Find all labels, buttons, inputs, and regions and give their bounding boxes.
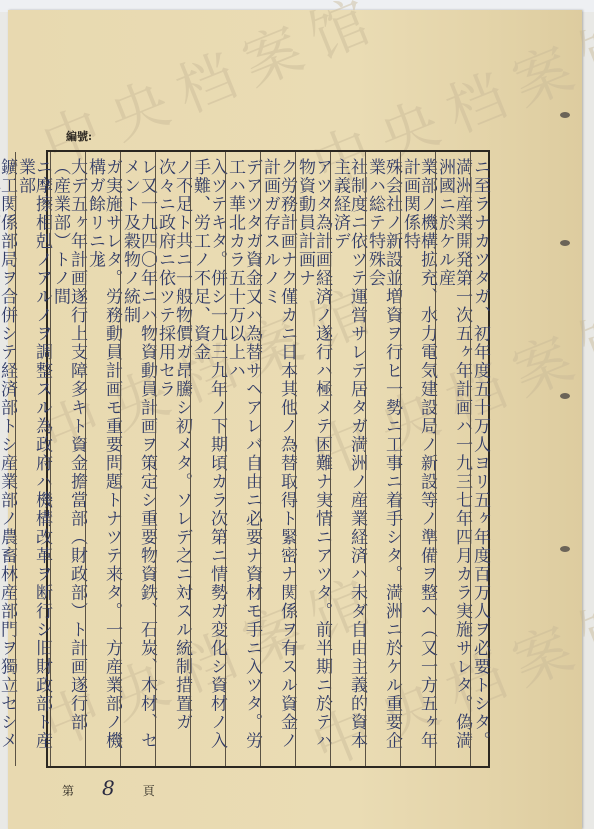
text-column: ガ実施サレタ。労務動員計画モ重要問題トナツテ来タ。一方産業部ノ機構ガ餘リニ尨 <box>85 152 120 766</box>
text-column: 社制度ニ依ツテ運営サレテ居タガ満洲ノ産業経済ハ未ダ自由主義的資本主義経済デ <box>330 152 365 766</box>
column-text: ニ至ラナカツタガ、初年度五十万人ヨリ五ヶ年度百万人ヲ必要トシタ。 <box>471 158 488 766</box>
column-text: ガ実施サレタ。労務動員計画モ重要問題トナツテ来タ。一方産業部ノ機構ガ餘リニ尨 <box>86 158 120 766</box>
text-column: ク労務計画ナク僅カニ日本其他ノ為替取得ト緊密ナ関係ヲ有スル資金ノ計画ガ存スルノミ <box>260 152 295 766</box>
text-column: ニ至ラナカツタガ、初年度五十万人ヨリ五ヶ年度百万人ヲ必要トシタ。 <box>470 152 488 766</box>
punch-hole <box>560 240 570 246</box>
column-text: 殊会社ノ新設並増資ヲ行ヒ一勢ニ工事ニ着手シタ。満洲ニ於ケル重要企業ハ総テ特殊会 <box>366 158 400 766</box>
column-text: アツタ為計画経済ノ遂行ハ極メテ困難ナ実情ニアツタ。前半期ニ於テハ物資動員計画ナ <box>296 158 330 766</box>
text-column: 大デ五ヶ年計画遂行上支障多キト資金擔當部（財政部）ト計画遂行部（産業部）トノ間 <box>50 152 85 766</box>
punch-hole <box>560 112 570 118</box>
text-column: ノ不足ト共ニ一般物價ガ昂騰シ初メタ。ソレデ之ニ対スル統制措置ガ次々ニ政府ニ依ツテ… <box>155 152 190 766</box>
column-text: 大デ五ヶ年計画遂行上支障多キト資金擔當部（財政部）ト計画遂行部（産業部）トノ間 <box>51 158 85 766</box>
punch-hole <box>560 546 570 552</box>
page-suffix: 頁 <box>143 782 155 799</box>
text-column: 業部ノ機構拡充、水力電気建設局ノ新設等ノ準備ヲ整ヘ（又一方五ヶ年計画関係特 <box>400 152 435 766</box>
text-column: アツタ為計画経済ノ遂行ハ極メテ困難ナ実情ニアツタ。前半期ニ於テハ物資動員計画ナ <box>295 152 330 766</box>
text-column: 満洲産業開発第一次五ヶ年計画ハ一九三七年四月カラ実施サレタ。偽満洲國ニ於ケル産 <box>435 152 470 766</box>
page-footer: 第 8 頁 <box>62 776 155 800</box>
page-number: 8 <box>102 776 115 800</box>
text-column: 鑛工関係部局ヲ合併シテ経済部トシ産業部ノ農畜林産部門ヲ獨立セシメテ興農部 <box>0 152 15 766</box>
column-text: デアツタガ資金又ハ為替サヘアレバ自由ニ必要ナ資材モ手ニ入ツタ。労工ハ華北カラ五十… <box>226 158 260 766</box>
punch-hole <box>560 393 570 399</box>
column-text: 業部ノ機構拡充、水力電気建設局ノ新設等ノ準備ヲ整ヘ（又一方五ヶ年計画関係特 <box>401 158 435 766</box>
text-column: デアツタガ資金又ハ為替サヘアレバ自由ニ必要ナ資材モ手ニ入ツタ。労工ハ華北カラ五十… <box>225 152 260 766</box>
text-column: 入ツテキタ。併シ一九三九年ノ下期頃カラ次第ニ情勢ガ変化シ資材ノ入手難、労工ノ不足… <box>190 152 225 766</box>
column-text: ニ摩擦相剋ノアルノヲ調整スル為政府ハ機構改革ヲ断行シ旧財政部ト産業部 <box>16 158 50 766</box>
text-column: レ又一九四〇年ニハ物資動員計画ヲ策定シ重要物資鉄、石炭、木材、セメント及穀物ノ統… <box>120 152 155 766</box>
text-column: ニ摩擦相剋ノアルノヲ調整スル為政府ハ機構改革ヲ断行シ旧財政部ト産業部 <box>15 152 50 766</box>
page-prefix: 第 <box>62 782 74 799</box>
column-text: 鑛工関係部局ヲ合併シテ経済部トシ産業部ノ農畜林産部門ヲ獨立セシメテ興農部 <box>0 158 15 766</box>
column-text: ク労務計画ナク僅カニ日本其他ノ為替取得ト緊密ナ関係ヲ有スル資金ノ計画ガ存スルノミ <box>261 158 295 766</box>
column-text: レ又一九四〇年ニハ物資動員計画ヲ策定シ重要物資鉄、石炭、木材、セメント及穀物ノ統… <box>121 158 155 766</box>
column-text: ノ不足ト共ニ一般物價ガ昂騰シ初メタ。ソレデ之ニ対スル統制措置ガ次々ニ政府ニ依ツテ… <box>156 158 190 766</box>
column-text: 満洲産業開発第一次五ヶ年計画ハ一九三七年四月カラ実施サレタ。偽満洲國ニ於ケル産 <box>436 158 470 766</box>
column-text: 社制度ニ依ツテ運営サレテ居タガ満洲ノ産業経済ハ未ダ自由主義的資本主義経済デ <box>331 158 365 766</box>
column-text: 入ツテキタ。併シ一九三九年ノ下期頃カラ次第ニ情勢ガ変化シ資材ノ入手難、労工ノ不足… <box>191 158 225 766</box>
manuscript-grid: ニ至ラナカツタガ、初年度五十万人ヨリ五ヶ年度百万人ヲ必要トシタ。満洲産業開発第一… <box>46 150 490 768</box>
serial-number-label: 編號: <box>66 128 92 144</box>
text-column: 殊会社ノ新設並増資ヲ行ヒ一勢ニ工事ニ着手シタ。満洲ニ於ケル重要企業ハ総テ特殊会 <box>365 152 400 766</box>
